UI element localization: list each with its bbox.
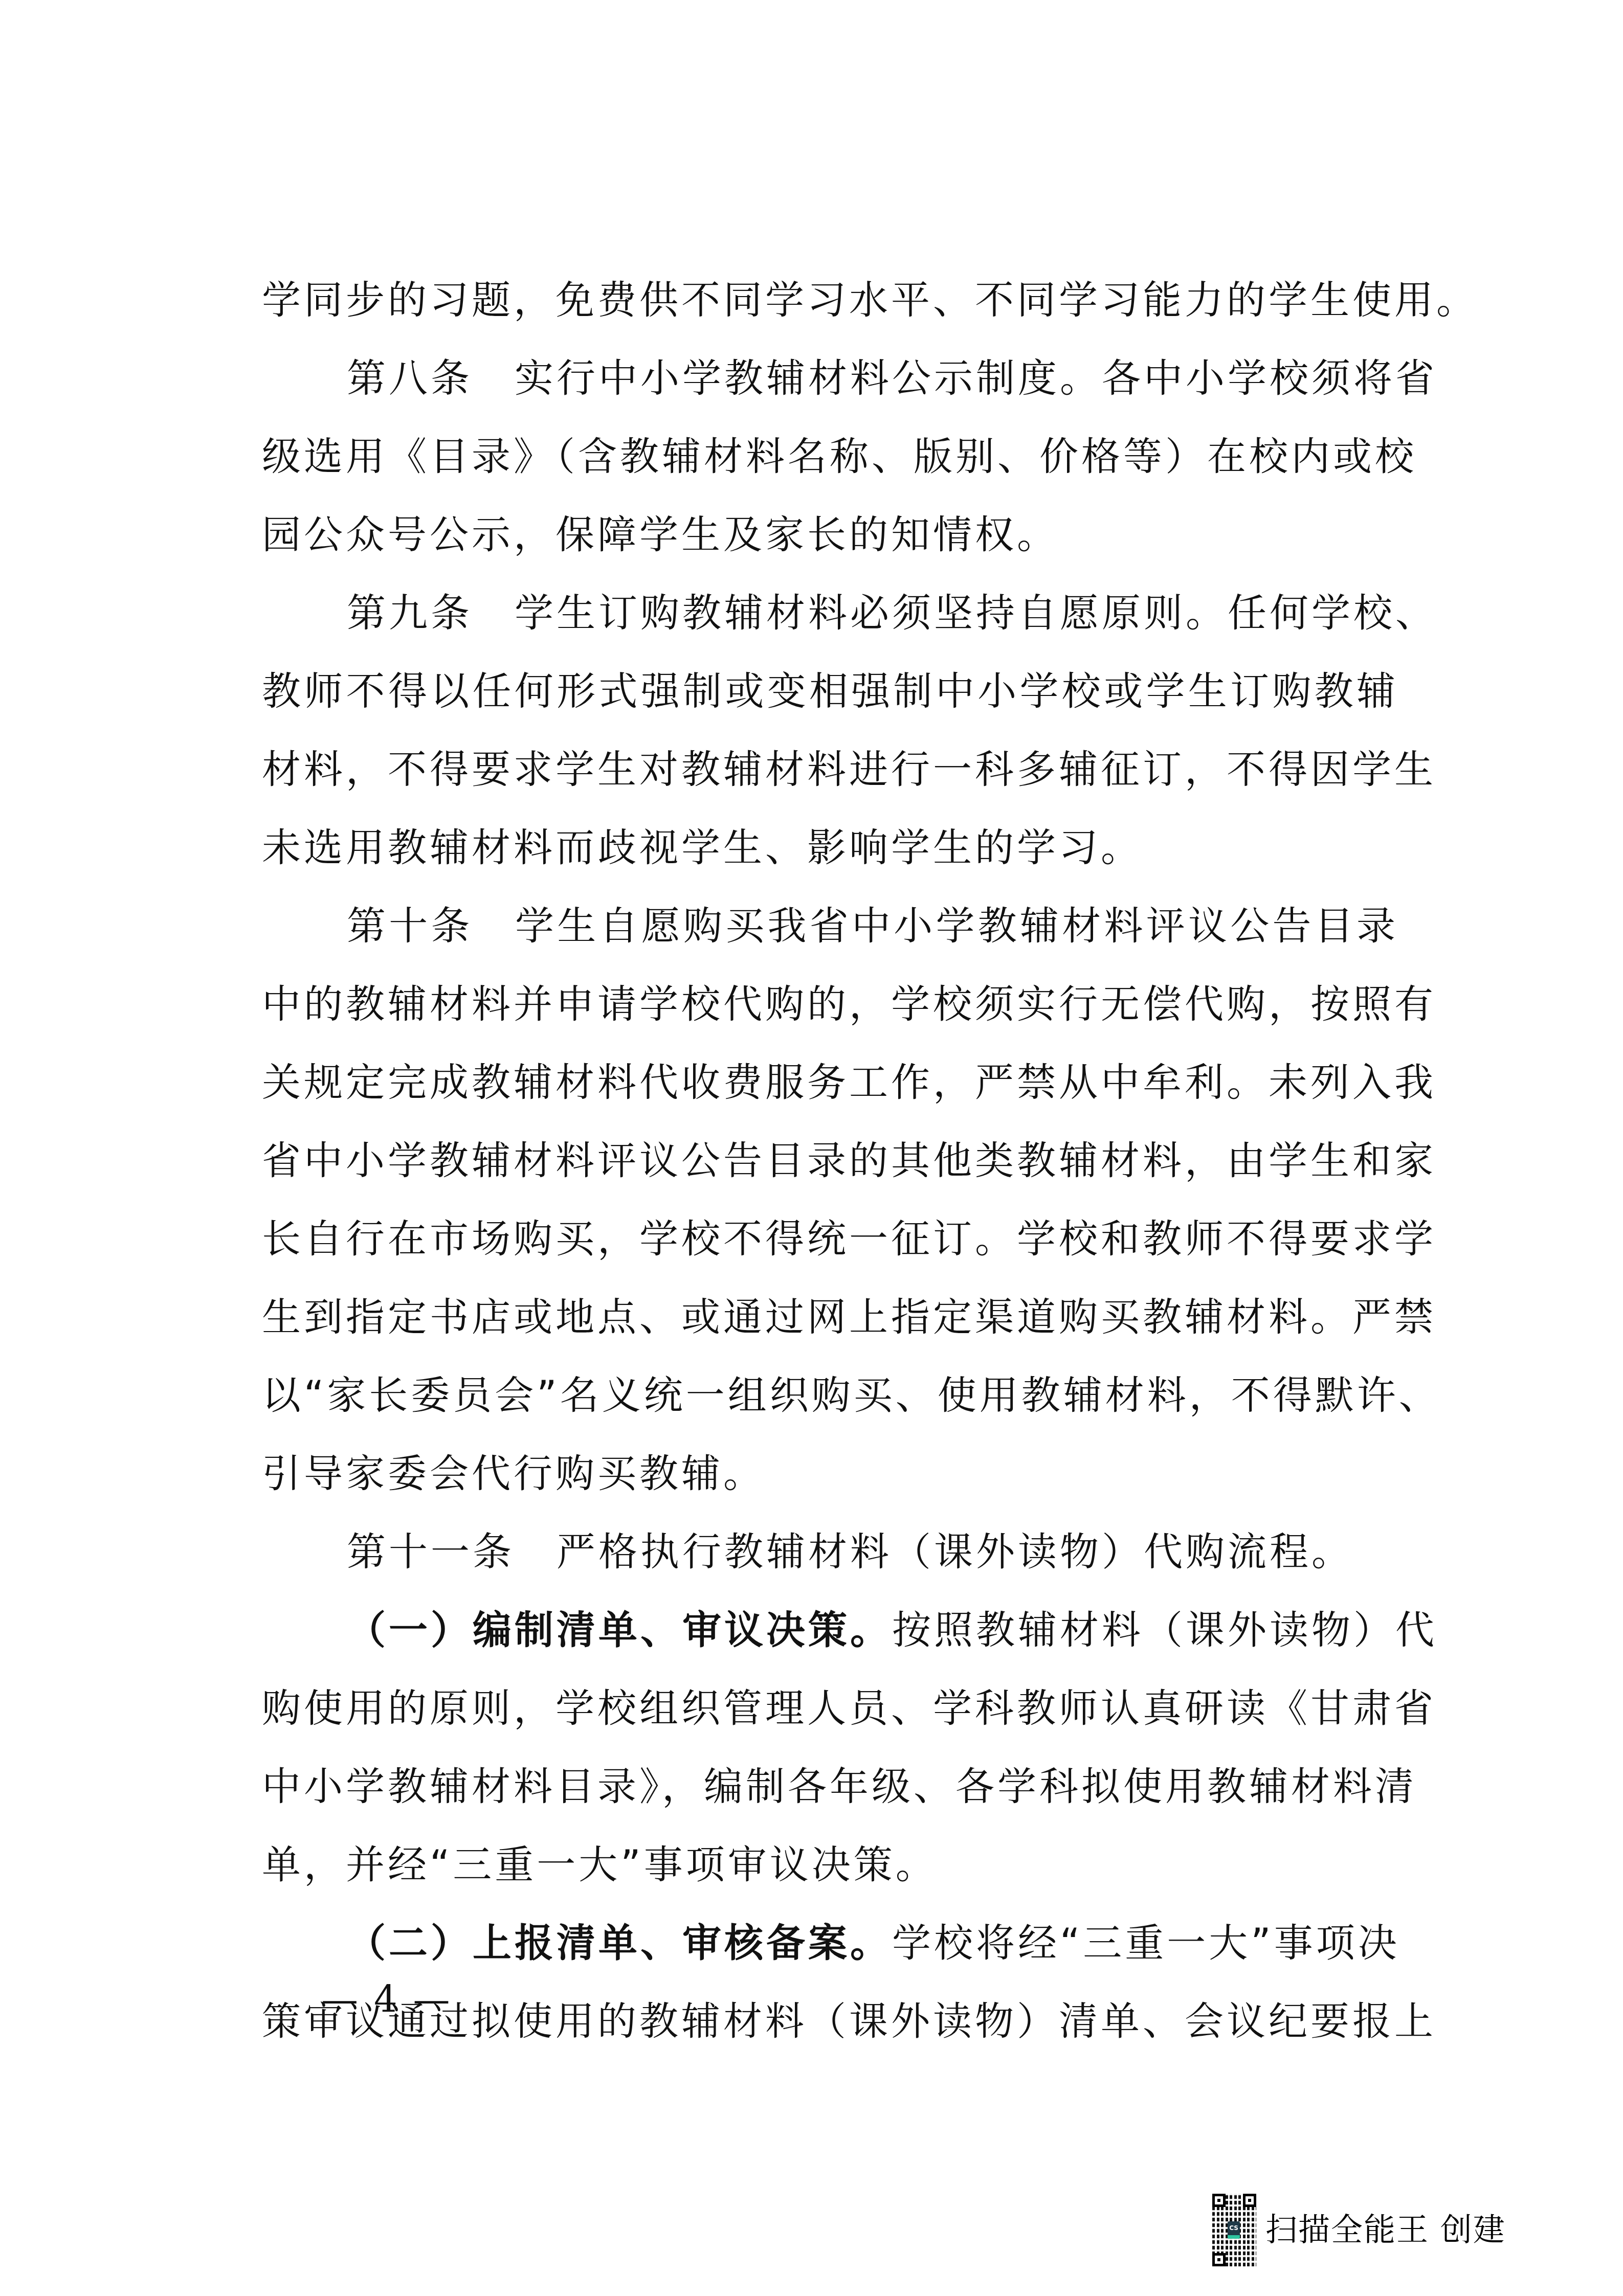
item-2-bold-title: （二）上报清单、审核备案。 xyxy=(347,1920,892,1966)
article-9-heading-line: 第九条 学生订购教辅材料必须坚持自愿原则。任何学校、 xyxy=(262,574,1398,652)
text-line: 中小学教辅材料目录》，编制各年级、各学科拟使用教辅材料清 xyxy=(262,1747,1398,1826)
text-line: 教师不得以任何形式强制或变相强制中小学校或学生订购教辅 xyxy=(262,652,1398,730)
text-line: 中的教辅材料并申请学校代购的，学校须实行无偿代购，按照有 xyxy=(262,965,1398,1043)
item-2-heading-line: （二）上报清单、审核备案。学校将经“三重一大”事项决 xyxy=(262,1904,1398,1982)
text-line: 级选用《目录》（含教辅材料名称、版别、价格等）在校内或校 xyxy=(262,417,1398,496)
document-body: 学同步的习题，免费供不同学习水平、不同学习能力的学生使用。 第八条 实行中小学教… xyxy=(262,261,1398,2060)
item-1-bold-title: （一）编制清单、审议决策。 xyxy=(347,1607,892,1653)
qr-finder-pattern xyxy=(1212,2194,1226,2207)
camscanner-logo-icon: CS xyxy=(1228,2221,1240,2239)
text-line: 关规定完成教辅材料代收费服务工作，严禁从中牟利。未列入我 xyxy=(262,1043,1398,1121)
camscanner-watermark: CS 扫描全能王 创建 xyxy=(1212,2194,1506,2266)
article-8-heading-line: 第八条 实行中小学教辅材料公示制度。各中小学校须将省 xyxy=(262,339,1398,417)
text-line: 材料，不得要求学生对教辅材料进行一科多辅征订，不得因学生 xyxy=(262,730,1398,808)
article-10-heading-line: 第十条 学生自愿购买我省中小学教辅材料评议公告目录 xyxy=(262,887,1398,965)
text-line: 购使用的原则，学校组织管理人员、学科教师认真研读《甘肃省 xyxy=(262,1669,1398,1747)
text-line: 长自行在市场购买，学校不得统一征订。学校和教师不得要求学 xyxy=(262,1200,1398,1278)
document-page: 学同步的习题，免费供不同学习水平、不同学习能力的学生使用。 第八条 实行中小学教… xyxy=(0,0,1623,2296)
watermark-text: 扫描全能王 创建 xyxy=(1265,2210,1506,2250)
text-line: 引导家委会代行购买教辅。 xyxy=(262,1434,1398,1513)
page-number: — 4 — xyxy=(321,1974,452,2025)
text-line: 园公众号公示，保障学生及家长的知情权。 xyxy=(262,496,1398,574)
qr-code-icon: CS xyxy=(1212,2194,1256,2266)
item-1-heading-line: （一）编制清单、审议决策。按照教辅材料（课外读物）代 xyxy=(262,1591,1398,1669)
qr-finder-pattern xyxy=(1212,2253,1226,2266)
text-line: 单，并经“三重一大”事项审议决策。 xyxy=(262,1826,1398,1904)
text-line: 生到指定书店或地点、或通过网上指定渠道购买教辅材料。严禁 xyxy=(262,1278,1398,1356)
text-line: 以“家长委员会”名义统一组织购买、使用教辅材料，不得默许、 xyxy=(262,1356,1398,1434)
qr-finder-pattern xyxy=(1243,2194,1256,2207)
text-line: 未选用教辅材料而歧视学生、影响学生的学习。 xyxy=(262,808,1398,887)
text-line: 省中小学教辅材料评议公告目录的其他类教辅材料，由学生和家 xyxy=(262,1121,1398,1200)
text-line: 学同步的习题，免费供不同学习水平、不同学习能力的学生使用。 xyxy=(262,261,1398,339)
article-11-heading-line: 第十一条 严格执行教辅材料（课外读物）代购流程。 xyxy=(262,1513,1398,1591)
